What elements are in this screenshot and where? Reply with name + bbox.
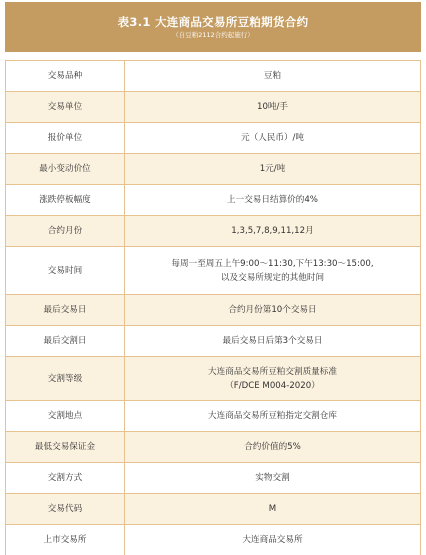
row-value: 10吨/手 [125,92,421,123]
row-label: 交易单位 [6,92,125,123]
row-label: 交割方式 [6,463,125,494]
row-value: 元（人民币）/吨 [125,123,421,154]
row-value: 每周一至周五上午9:00～11:30,下午13:30～15:00, 以及交易所规… [125,247,421,295]
row-value-line: 每周一至周五上午9:00～11:30,下午13:30～15:00, [125,257,420,271]
contract-spec-table: 交易品种 豆粕 交易单位 10吨/手 报价单位 元（人民币）/吨 最小变动价位 … [5,60,421,555]
table-row-min-margin: 最低交易保证金 合约价值的5% [6,432,421,463]
row-label: 涨跌停板幅度 [6,185,125,216]
row-value: 1,3,5,7,8,9,11,12月 [125,216,421,247]
row-label: 合约月份 [6,216,125,247]
table-row-price-limit: 涨跌停板幅度 上一交易日结算价的4% [6,185,421,216]
row-label: 交易代码 [6,494,125,525]
row-value: M [125,494,421,525]
table-row-trading-code: 交易代码 M [6,494,421,525]
row-value: 合约价值的5% [125,432,421,463]
row-value: 上一交易日结算价的4% [125,185,421,216]
table-row-trading-hours: 交易时间 每周一至周五上午9:00～11:30,下午13:30～15:00, 以… [6,247,421,295]
row-label: 报价单位 [6,123,125,154]
table-row-trading-variety: 交易品种 豆粕 [6,61,421,92]
table-row-delivery-location: 交割地点 大连商品交易所豆粕指定交割仓库 [6,401,421,432]
row-label: 最后交割日 [6,326,125,357]
table-row-listing-exchange: 上市交易所 大连商品交易所 [6,525,421,555]
row-label: 上市交易所 [6,525,125,555]
row-label: 最小变动价位 [6,154,125,185]
table-row-last-trading-day: 最后交易日 合约月份第10个交易日 [6,295,421,326]
row-label: 最后交易日 [6,295,125,326]
table-subtitle: （自豆粕2112合约起施行） [5,31,421,40]
row-label: 交割等级 [6,357,125,401]
table-row-trading-unit: 交易单位 10吨/手 [6,92,421,123]
row-value-line: 大连商品交易所豆粕交割质量标准 [125,365,420,379]
table-row-min-tick: 最小变动价位 1元/吨 [6,154,421,185]
row-value: 实物交割 [125,463,421,494]
row-value: 合约月份第10个交易日 [125,295,421,326]
row-value: 大连商品交易所豆粕交割质量标准 （F/DCE M004-2020） [125,357,421,401]
table-row-delivery-grade: 交割等级 大连商品交易所豆粕交割质量标准 （F/DCE M004-2020） [6,357,421,401]
row-value: 最后交易日后第3个交易日 [125,326,421,357]
row-value: 豆粕 [125,61,421,92]
table-title: 表3.1 大连商品交易所豆粕期货合约 [5,15,421,29]
row-value: 大连商品交易所豆粕指定交割仓库 [125,401,421,432]
row-label: 交割地点 [6,401,125,432]
row-value: 大连商品交易所 [125,525,421,555]
row-value: 1元/吨 [125,154,421,185]
table-caption-header: 表3.1 大连商品交易所豆粕期货合约 （自豆粕2112合约起施行） [5,2,421,52]
table-row-contract-months: 合约月份 1,3,5,7,8,9,11,12月 [6,216,421,247]
row-label: 最低交易保证金 [6,432,125,463]
row-label: 交易品种 [6,61,125,92]
row-value-line: （F/DCE M004-2020） [125,379,420,393]
row-value-line: 以及交易所规定的其他时间 [125,271,420,285]
table-row-last-delivery-day: 最后交割日 最后交易日后第3个交易日 [6,326,421,357]
row-label: 交易时间 [6,247,125,295]
table-row-delivery-method: 交割方式 实物交割 [6,463,421,494]
table-row-quote-unit: 报价单位 元（人民币）/吨 [6,123,421,154]
